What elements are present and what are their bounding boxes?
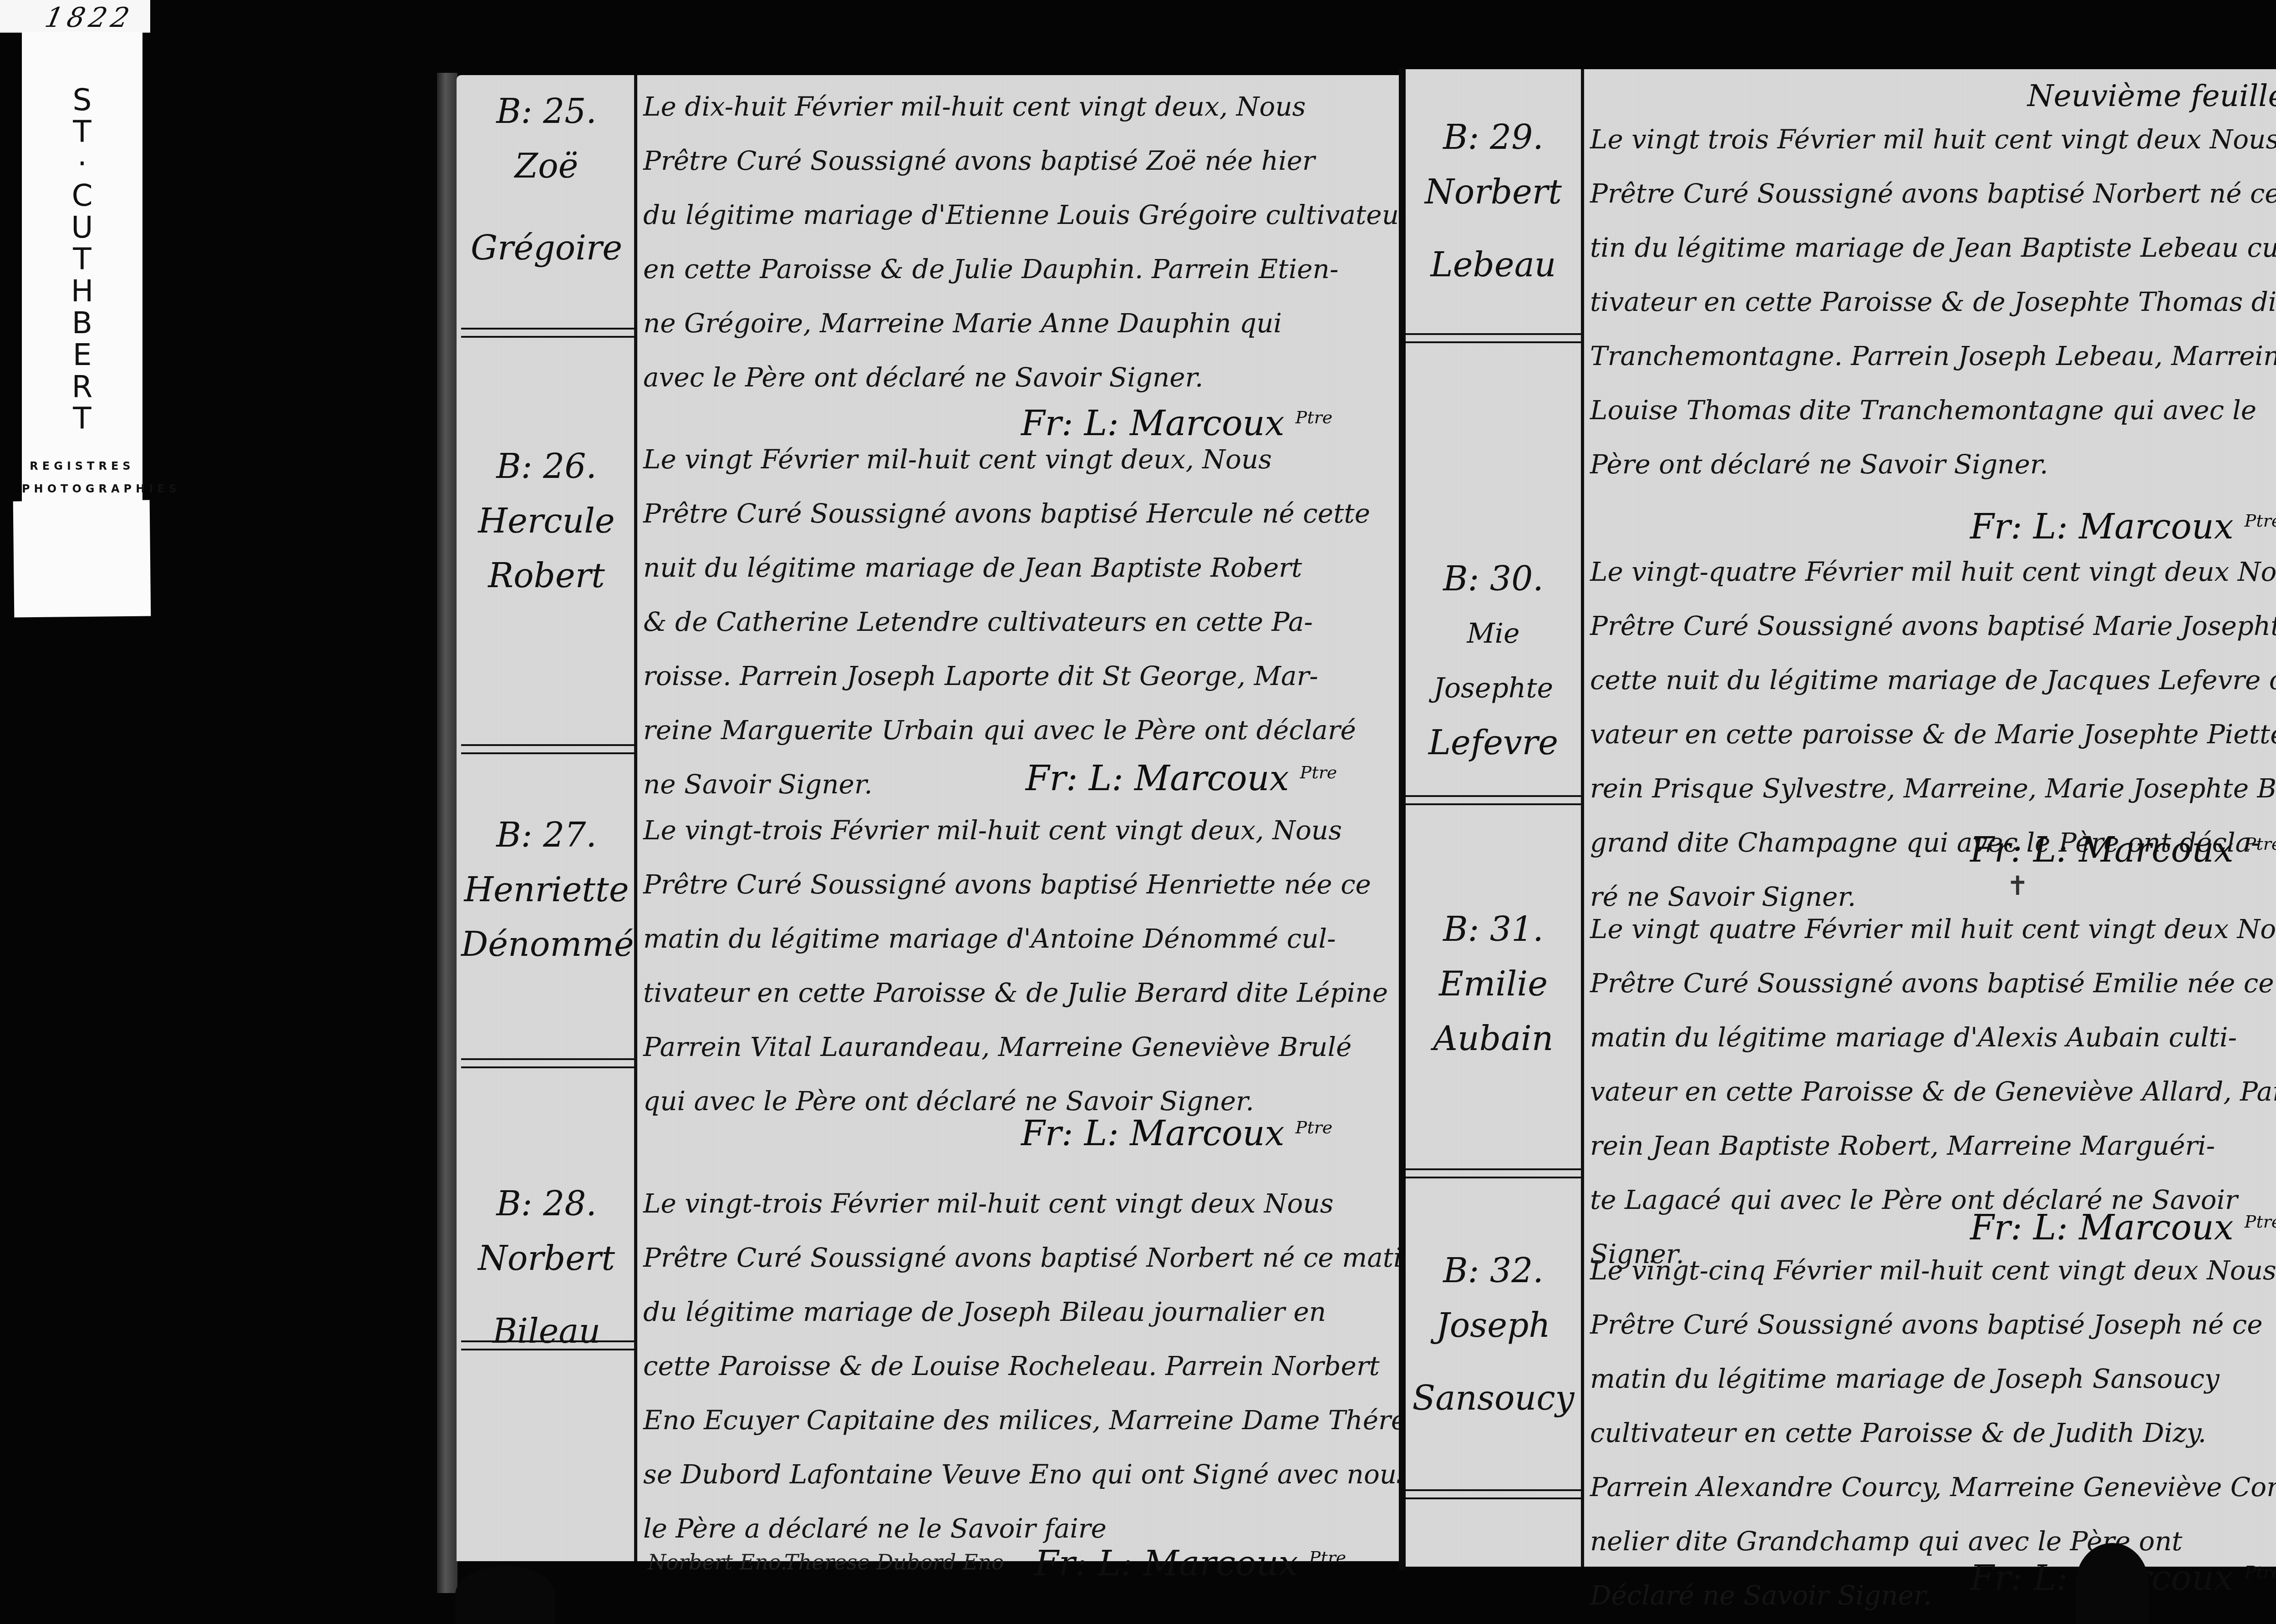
entry-margin-b25: B: 25. Zoë Grégoire — [461, 84, 632, 275]
surname: Lefevre — [1408, 716, 1579, 770]
entry-separator — [1406, 1168, 1583, 1178]
text-line: Le vingt quatre Février mil huit cent vi… — [1590, 902, 2276, 956]
parish-letter: B — [72, 307, 92, 339]
parish-letter: H — [71, 275, 94, 307]
surname: Sansoucy — [1408, 1371, 1579, 1426]
text-line: Prêtre Curé Soussigné avons baptisé Emil… — [1590, 956, 2276, 1010]
cross-mark-icon: ✝ — [2007, 870, 2029, 901]
text-line: du légitime mariage d'Etienne Louis Grég… — [643, 188, 1390, 242]
record-number: B: 29. — [1408, 110, 1579, 165]
record-number: B: 25. — [461, 84, 632, 139]
text-line: tivateur en cette Paroisse & de Julie Be… — [643, 966, 1390, 1020]
entry-separator — [1406, 795, 1583, 805]
record-number: B: 30. — [1408, 552, 1579, 606]
entry-margin-b27: B: 27. Henriette Dénommé — [461, 808, 632, 972]
priest-signature: Fr: L: Marcoux Ptre — [1970, 829, 2276, 870]
text-line: matin du légitime mariage d'Antoine Déno… — [643, 912, 1390, 966]
text-line: Prêtre Curé Soussigné avons baptisé Zoë … — [643, 134, 1390, 188]
surname: Dénommé — [461, 917, 632, 972]
parish-name: S T · C U T H B E R T — [22, 84, 142, 435]
left-page: B: 25. Zoë Grégoire Le dix-huit Février … — [457, 75, 1401, 1561]
given-name: Hercule — [461, 494, 632, 548]
text-line: cette nuit du légitime mariage de Jacque… — [1590, 653, 2276, 707]
entry-text-b25: Le dix-huit Février mil-huit cent vingt … — [643, 80, 1390, 405]
parish-letter: C — [71, 180, 92, 212]
text-line: Le vingt trois Février mil huit cent vin… — [1590, 112, 2276, 167]
text-line: Eno Ecuyer Capitaine des milices, Marrei… — [643, 1393, 1390, 1447]
text-line: Le vingt-quatre Février mil huit cent vi… — [1590, 545, 2276, 599]
label-photographies: PHOTOGRAPHIES — [22, 482, 142, 495]
text-line: Le dix-huit Février mil-huit cent vingt … — [643, 80, 1390, 134]
given-name: Emilie — [1408, 957, 1579, 1011]
text-line: cultivateur en cette Paroisse & de Judit… — [1590, 1406, 2276, 1460]
year-text: 1822 — [42, 2, 137, 34]
text-line: ne Grégoire, Marreine Marie Anne Dauphin… — [643, 296, 1390, 350]
text-line: Parrein Vital Laurandeau, Marreine Genev… — [643, 1020, 1390, 1074]
entry-separator — [461, 744, 636, 754]
entry-separator — [1406, 1489, 1583, 1499]
parish-letter: E — [73, 339, 92, 371]
entry-separator — [461, 1058, 636, 1068]
priest-signature: Fr: L: Marcoux Ptre — [1021, 1113, 1332, 1153]
text-line: Tranchemontagne. Parrein Joseph Lebeau, … — [1590, 329, 2276, 383]
entry-margin-b31: B: 31. Emilie Aubain — [1408, 902, 1579, 1066]
text-line: vateur en cette Paroisse & de Geneviève … — [1590, 1065, 2276, 1119]
book-spine — [437, 73, 457, 1593]
given-name: Norbert — [461, 1231, 632, 1286]
text-line: matin du légitime mariage de Joseph Sans… — [1590, 1352, 2276, 1406]
surname: Aubain — [1408, 1011, 1579, 1066]
entry-text-b27: Le vingt-trois Février mil-huit cent vin… — [643, 803, 1390, 1128]
parish-letter: T — [73, 244, 91, 275]
text-line: Prêtre Curé Soussigné avons baptisé Herc… — [643, 487, 1390, 541]
surname: Bileau — [461, 1304, 632, 1359]
entry-margin-b29: B: 29. Norbert Lebeau — [1408, 110, 1579, 292]
cosigner-signature: Therese Dubord Eno — [784, 1550, 1004, 1574]
entry-separator — [461, 1340, 636, 1350]
entry-separator — [461, 328, 636, 338]
priest-signature: Fr: L: Marcoux Ptre — [1970, 1207, 2276, 1248]
thumb-shadow — [455, 1566, 555, 1624]
label-blank-card — [13, 500, 151, 617]
entry-margin-b30: B: 30. Mie Josephte Lefevre — [1408, 552, 1579, 770]
entry-margin-b28: B: 28. Norbert Bileau — [461, 1177, 632, 1359]
right-page: Neuvième feuillet B: 29. Norbert Lebeau … — [1406, 69, 2276, 1567]
text-line: Parrein Alexandre Courcy, Marreine Genev… — [1590, 1460, 2276, 1514]
text-line: du légitime mariage de Joseph Bileau jou… — [643, 1285, 1390, 1339]
given-name: Norbert — [1408, 165, 1579, 219]
given-name: Joseph — [1408, 1298, 1579, 1353]
parish-letter: S — [73, 84, 92, 116]
text-line: en cette Paroisse & de Julie Dauphin. Pa… — [643, 242, 1390, 296]
year-label: 1822 — [0, 0, 150, 33]
text-line: Le vingt-trois Février mil-huit cent vin… — [643, 803, 1390, 858]
archive-label-card: S T · C U T H B E R T CO. BERTHIER P.Q. — [22, 32, 142, 489]
margin-rule — [634, 75, 637, 1561]
text-line: avec le Père ont déclaré ne Savoir Signe… — [643, 350, 1390, 405]
parish-letter: R — [72, 371, 93, 403]
entry-separator — [1406, 333, 1583, 343]
entry-margin-b26: B: 26. Hercule Robert — [461, 439, 632, 603]
record-number: B: 32. — [1408, 1243, 1579, 1298]
parish-letter: T — [73, 403, 91, 435]
text-line: matin du légitime mariage d'Alexis Aubai… — [1590, 1010, 2276, 1065]
page-gutter — [1399, 68, 1405, 1570]
priest-signature: Fr: L: Marcoux Ptre — [1026, 758, 1337, 798]
text-line: rein Prisque Sylvestre, Marreine, Marie … — [1590, 761, 2276, 816]
text-line: se Dubord Lafontaine Veuve Eno qui ont S… — [643, 1447, 1390, 1502]
priest-signature: Fr: L: Marcoux Ptre — [1970, 506, 2276, 547]
surname: Grégoire — [461, 221, 632, 275]
text-line: Le vingt Février mil-huit cent vingt deu… — [643, 432, 1390, 487]
text-line: Louise Thomas dite Tranchemontagne qui a… — [1590, 383, 2276, 437]
text-line: Le vingt-trois Février mil-huit cent vin… — [643, 1177, 1390, 1231]
folio-heading: Neuvième feuillet — [2027, 78, 2276, 113]
parish-letter: · — [77, 148, 87, 180]
text-line: Le vingt-cinq Février mil-huit cent ving… — [1590, 1243, 2276, 1298]
cosigner-signature: Norbert Eno. — [648, 1550, 787, 1574]
surname: Lebeau — [1408, 238, 1579, 292]
text-line: rein Jean Baptiste Robert, Marreine Marg… — [1590, 1119, 2276, 1173]
entry-text-b26: Le vingt Février mil-huit cent vingt deu… — [643, 432, 1390, 812]
record-number: B: 31. — [1408, 902, 1579, 957]
record-number: B: 27. — [461, 808, 632, 863]
text-line: Prêtre Curé Soussigné avons baptisé Norb… — [643, 1231, 1390, 1285]
given-name: Zoë — [461, 139, 632, 193]
given-name: Henriette — [461, 863, 632, 917]
entry-text-b28: Le vingt-trois Février mil-huit cent vin… — [643, 1177, 1390, 1556]
text-line: & de Catherine Letendre cultivateurs en … — [643, 595, 1390, 649]
text-line: Prêtre Curé Soussigné avons baptisé Jose… — [1590, 1298, 2276, 1352]
parish-letter: U — [71, 212, 93, 244]
text-line: tivateur en cette Paroisse & de Josephte… — [1590, 275, 2276, 329]
margin-rule — [1581, 69, 1584, 1567]
priest-signature: Fr: L: Marcoux Ptre — [1035, 1543, 1346, 1583]
entry-text-b29: Le vingt trois Février mil huit cent vin… — [1590, 112, 2276, 492]
text-line: tin du légitime mariage de Jean Baptiste… — [1590, 221, 2276, 275]
record-number: B: 26. — [461, 439, 632, 494]
thumb-shadow — [2076, 1543, 2149, 1624]
record-number: B: 28. — [461, 1177, 632, 1231]
text-line: reine Marguerite Urbain qui avec le Père… — [643, 703, 1390, 757]
given-name: Mie Josephte — [1408, 606, 1579, 716]
text-line: Prêtre Curé Soussigné avons baptisé Henr… — [643, 858, 1390, 912]
text-line: Prêtre Curé Soussigné avons baptisé Mari… — [1590, 599, 2276, 653]
parish-letter: T — [73, 116, 91, 148]
text-line: Père ont déclaré ne Savoir Signer. — [1590, 437, 2276, 492]
text-line: Prêtre Curé Soussigné avons baptisé Norb… — [1590, 167, 2276, 221]
surname: Robert — [461, 548, 632, 603]
text-line: cette Paroisse & de Louise Rocheleau. Pa… — [643, 1339, 1390, 1393]
label-registres: REGISTRES — [22, 460, 142, 472]
text-line: roisse. Parrein Joseph Laporte dit St Ge… — [643, 649, 1390, 703]
text-line: vateur en cette paroisse & de Marie Jose… — [1590, 707, 2276, 761]
text-line: nuit du légitime mariage de Jean Baptist… — [643, 541, 1390, 595]
entry-margin-b32: B: 32. Joseph Sansoucy — [1408, 1243, 1579, 1426]
